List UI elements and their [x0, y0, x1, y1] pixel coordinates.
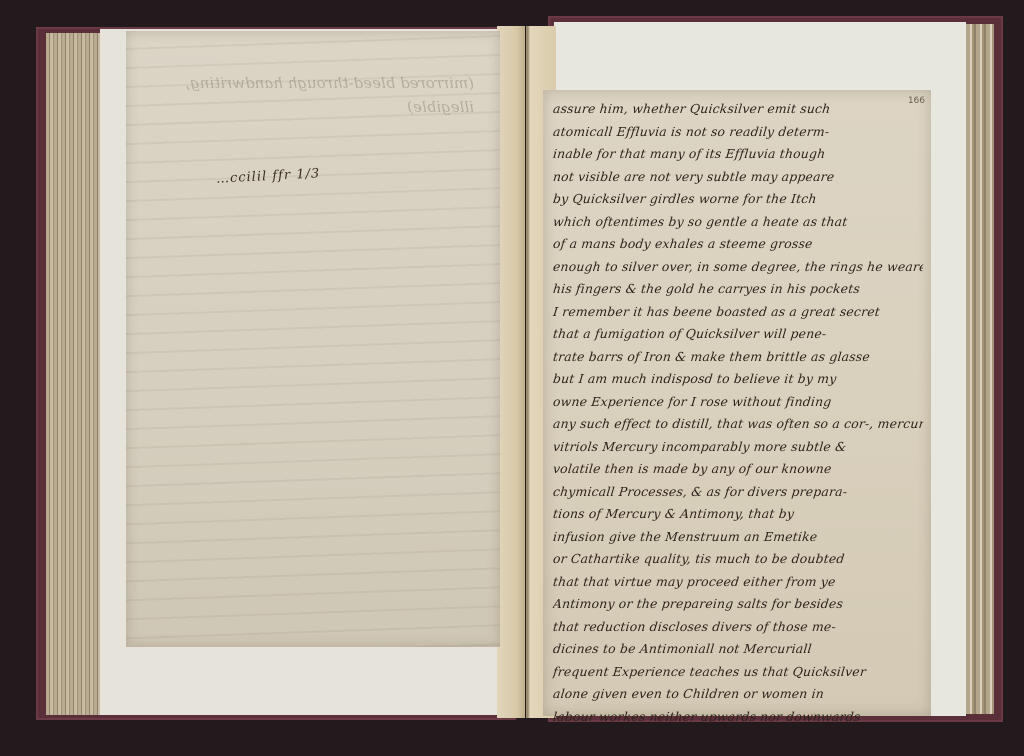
text-line: of a mans body exhales a steeme grosse [552, 233, 924, 256]
text-line: not visible are not very subtle may appe… [552, 166, 924, 189]
text-line: alone given even to Children or women in [552, 683, 924, 706]
text-line: infusion give the Menstruum an Emetike [552, 526, 924, 549]
text-line: tions of Mercury & Antimony, that by [552, 503, 924, 526]
text-line: that that virtue may proceed either from… [552, 571, 924, 594]
show-through-text: (mirrored bleed-through handwriting, ill… [154, 71, 474, 119]
text-line: which oftentimes by so gentle a heate as… [552, 211, 924, 234]
manuscript-leaf-left: (mirrored bleed-through handwriting, ill… [126, 31, 500, 647]
text-line: atomicall Effluvia is not so readily det… [552, 121, 924, 144]
text-line: labour workes neither upwards nor downwa… [552, 706, 924, 729]
text-line: inable for that many of its Effluvia tho… [552, 143, 924, 166]
text-line: I remember it has beene boasted as a gre… [552, 301, 924, 324]
text-line: assure him, whether Quicksilver emit suc… [552, 98, 924, 121]
manuscript-text: assure him, whether Quicksilver emit suc… [553, 98, 923, 728]
text-line: that reduction discloses divers of those… [552, 616, 924, 639]
text-line: vitriols Mercury incomparably more subtl… [552, 436, 924, 459]
text-line: enough to silver over, in some degree, t… [552, 256, 924, 279]
page-block-left [46, 33, 104, 715]
text-line: trate barrs of Iron & make them brittle … [552, 346, 924, 369]
text-line: Antimony or the prepareing salts for bes… [552, 593, 924, 616]
page-block-right [964, 24, 994, 714]
text-line: by Quicksilver girdles worne for the Itc… [552, 188, 924, 211]
gutter-hinge-left [497, 26, 525, 718]
text-line: or Cathartike quality, tis much to be do… [552, 548, 924, 571]
text-line: frequent Experience teaches us that Quic… [552, 661, 924, 684]
text-line: chymicall Processes, & as for divers pre… [552, 481, 924, 504]
text-line: his fingers & the gold he carryes in his… [552, 278, 924, 301]
text-line: volatile then is made by any of our know… [552, 458, 924, 481]
manuscript-leaf-right: 166 assure him, whether Quicksilver emit… [543, 90, 931, 716]
text-line: dicines to be Antimoniall not Mercuriall [552, 638, 924, 661]
endorsement-note: …ccilil ffr 1/3 [216, 166, 321, 186]
text-line: but I am much indisposd to believe it by… [552, 368, 924, 391]
text-line: that a fumigation of Quicksilver will pe… [552, 323, 924, 346]
text-line: owne Experience for I rose without findi… [552, 391, 924, 414]
text-line: any such effect to distill, that was oft… [552, 413, 924, 436]
